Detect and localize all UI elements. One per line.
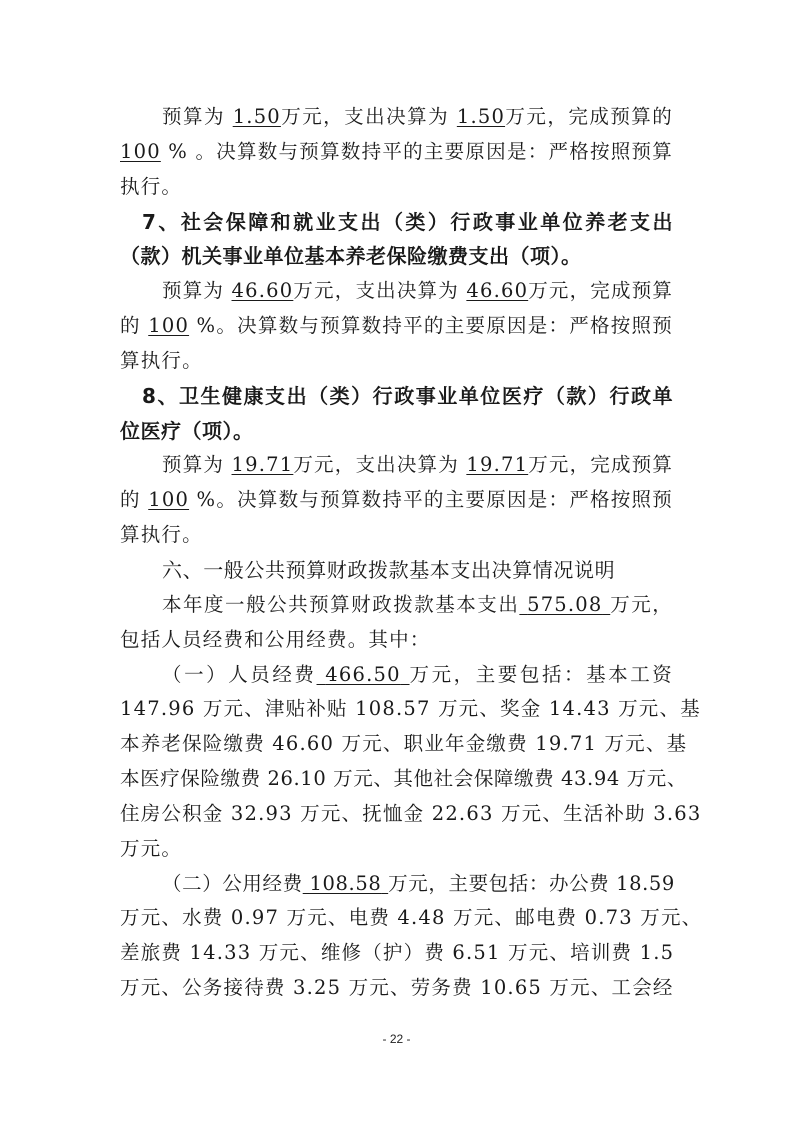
- text: 的: [120, 314, 141, 337]
- item8-end-line: 算执行。: [120, 518, 673, 553]
- text: 预算为: [162, 453, 224, 476]
- text: 万元，支出决算为: [293, 279, 459, 302]
- text: 万元，完成预算: [528, 453, 673, 476]
- budget-value: 46.60: [232, 279, 294, 302]
- item8-budget-line: 预算为 19.71万元，支出决算为 19.71万元，完成预算: [120, 448, 673, 483]
- text: 万元，支出决算为: [293, 453, 459, 476]
- item8-rate-line: 的 100 %。决算数与预算数持平的主要原因是：严格按照预: [120, 483, 673, 518]
- budget-value: 19.71: [232, 453, 294, 476]
- text: 万元，支出决算为: [281, 105, 449, 128]
- total-value: 575.08: [527, 593, 602, 616]
- public-detail-line: 差旅费 14.33 万元、维修（护）费 6.51 万元、培训费 1.5: [120, 936, 673, 971]
- text: %。决算数与预算数持平的主要原因是：严格按照预: [197, 488, 673, 511]
- text: 万元，主要包括：基本工资: [410, 663, 674, 686]
- completion-rate: 100: [120, 140, 161, 163]
- personnel-detail-line: 本医疗保险缴费 26.10 万元、其他社会保障缴费 43.94 万元、: [120, 762, 673, 797]
- text: 本年度一般公共预算财政拨款基本支出: [162, 593, 519, 616]
- item7-budget-line: 预算为 46.60万元，支出决算为 46.60万元，完成预算: [120, 274, 673, 309]
- personnel-amount: 466.50: [317, 663, 410, 686]
- page-body: 预算为 1.50万元，支出决算为 1.50万元，完成预算的 100 % 。决算数…: [120, 100, 673, 1006]
- personnel-detail-line: 本养老保险缴费 46.60 万元、职业年金缴费 19.71 万元、基: [120, 727, 673, 762]
- document-page: 预算为 1.50万元，支出决算为 1.50万元，完成预算的 100 % 。决算数…: [0, 0, 793, 1122]
- item6-rate-line: 100 % 。决算数与预算数持平的主要原因是：严格按照预算: [120, 135, 673, 170]
- budget-value: 1.50: [233, 105, 281, 128]
- item8-title-line2: 位医疗（项）。: [120, 414, 673, 449]
- text: 万元，主要包括：办公费 18.59: [388, 872, 675, 895]
- personnel-detail-line: 147.96 万元、津贴补贴 108.57 万元、奖金 14.43 万元、基: [120, 692, 673, 727]
- personnel-detail-line: 万元。: [120, 832, 673, 867]
- amount-value: 466.50: [325, 663, 400, 686]
- actual-value: 46.60: [466, 279, 528, 302]
- text: 万元，: [610, 593, 673, 616]
- actual-value: 19.71: [466, 453, 528, 476]
- item7-title-line1: 7、社会保障和就业支出（类）行政事业单位养老支出: [120, 205, 673, 240]
- text: 的: [120, 488, 141, 511]
- item8-title-line1: 8、卫生健康支出（类）行政事业单位医疗（款）行政单: [120, 379, 673, 414]
- item7-end-line: 算执行。: [120, 344, 673, 379]
- public-amount: 108.58: [303, 872, 388, 895]
- public-detail-line: 万元、水费 0.97 万元、电费 4.48 万元、邮电费 0.73 万元、: [120, 901, 673, 936]
- actual-value: 1.50: [457, 105, 505, 128]
- public-detail-line: 万元、公务接待费 3.25 万元、劳务费 10.65 万元、工会经: [120, 971, 673, 1006]
- item7-title-line2: （款）机关事业单位基本养老保险缴费支出（项）。: [120, 239, 673, 274]
- total-basic-expenditure: 575.08: [519, 593, 610, 616]
- section6-intro-line: 本年度一般公共预算财政拨款基本支出 575.08 万元，: [120, 588, 673, 623]
- section-heading: 六、一般公共预算财政拨款基本支出决算情况说明: [120, 553, 673, 588]
- text: 万元，完成预算: [528, 279, 673, 302]
- section6-intro-line2: 包括人员经费和公用经费。其中：: [120, 623, 673, 658]
- text: 预算为: [162, 279, 224, 302]
- public-expense-line: （二）公用经费 108.58 万元，主要包括：办公费 18.59: [120, 867, 673, 902]
- item6-budget-line: 预算为 1.50万元，支出决算为 1.50万元，完成预算的: [120, 100, 673, 135]
- personnel-detail-line: 住房公积金 32.93 万元、抚恤金 22.63 万元、生活补助 3.63: [120, 797, 673, 832]
- text: %。决算数与预算数持平的主要原因是：严格按照预: [197, 314, 673, 337]
- text: % 。决算数与预算数持平的主要原因是：严格按照预算: [168, 140, 673, 163]
- text: （二）公用经费: [162, 872, 303, 895]
- item7-rate-line: 的 100 %。决算数与预算数持平的主要原因是：严格按照预: [120, 309, 673, 344]
- text: 万元，完成预算的: [505, 105, 673, 128]
- text: 预算为: [162, 105, 225, 128]
- text: （一）人员经费: [162, 663, 317, 686]
- completion-rate: 100: [148, 314, 189, 337]
- amount-value: 108.58: [310, 872, 382, 895]
- item6-end-line: 执行。: [120, 170, 673, 205]
- personnel-expense-line: （一）人员经费 466.50 万元，主要包括：基本工资: [120, 658, 673, 693]
- page-number: - 22 -: [0, 1032, 793, 1046]
- completion-rate: 100: [148, 488, 189, 511]
